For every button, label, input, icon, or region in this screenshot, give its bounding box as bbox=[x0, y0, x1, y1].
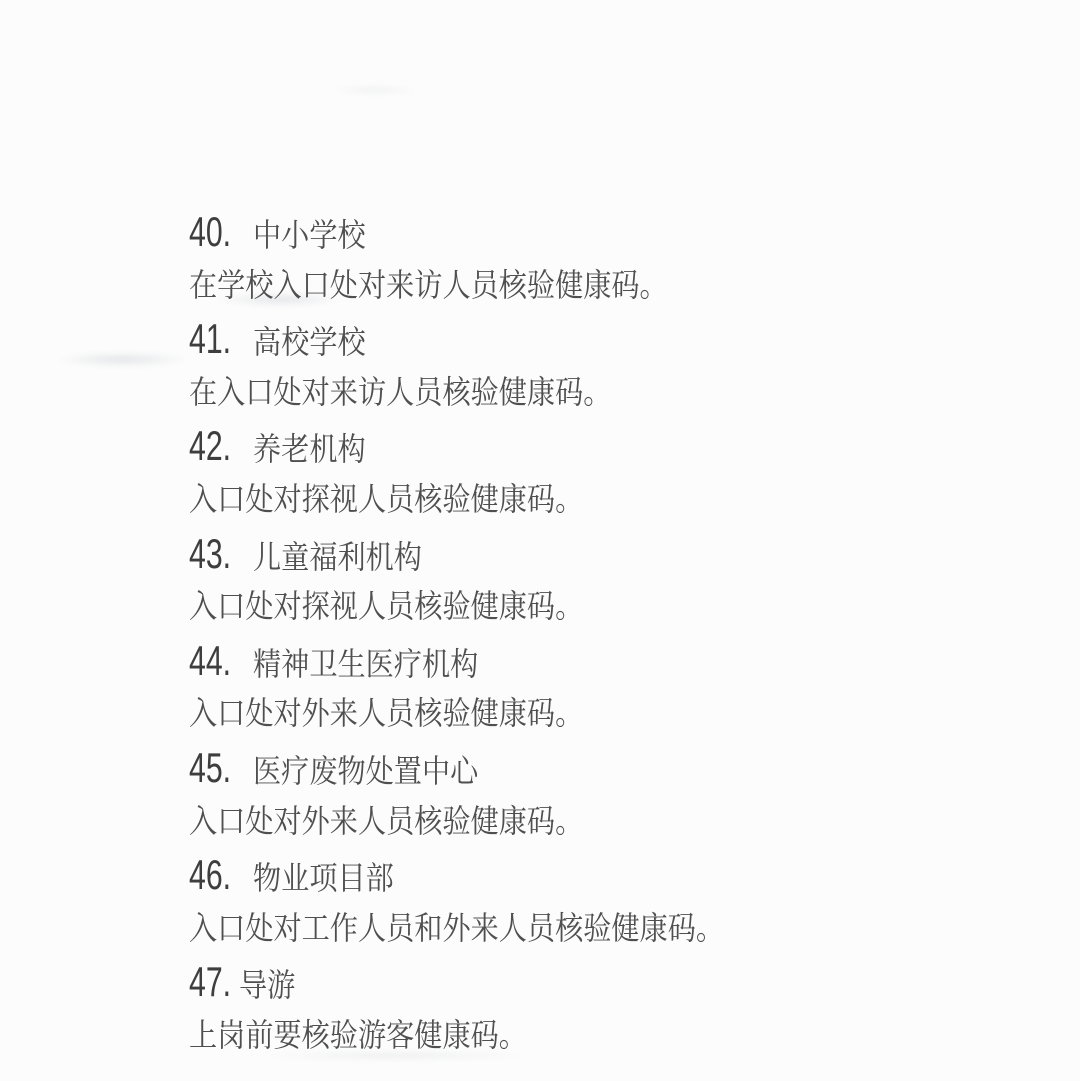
item-42-heading: 42.养老机构 bbox=[189, 419, 797, 473]
item-46-title: 物业项目部 bbox=[253, 852, 394, 906]
item-43-description-row: 入口处对探视人员核验健康码。 bbox=[189, 580, 797, 634]
item-40-title: 中小学校 bbox=[253, 209, 366, 263]
item-42-number: 42. bbox=[189, 419, 235, 473]
item-44-description-row: 入口处对外来人员核验健康码。 bbox=[189, 687, 797, 741]
item-40-heading: 40.中小学校 bbox=[189, 205, 797, 259]
item-41-title: 高校学校 bbox=[253, 316, 366, 370]
item-47-description: 上岗前要核验游客健康码。 bbox=[189, 1009, 527, 1063]
item-45-number: 45. bbox=[189, 741, 235, 795]
item-43-title: 儿童福利机构 bbox=[253, 531, 422, 585]
checklist-content: 40.中小学校 在学校入口处对来访人员核验健康码。 41.高校学校 在入口处对来… bbox=[189, 205, 797, 1063]
item-45-title: 医疗废物处置中心 bbox=[253, 745, 478, 799]
item-42-description-row: 入口处对探视人员核验健康码。 bbox=[189, 473, 797, 527]
item-46-description: 入口处对工作人员和外来人员核验健康码。 bbox=[189, 902, 724, 956]
item-41-heading: 41.高校学校 bbox=[189, 312, 797, 366]
scan-artifact bbox=[330, 85, 420, 95]
item-41-number: 41. bbox=[189, 312, 235, 366]
item-42-title: 养老机构 bbox=[253, 423, 366, 477]
item-42-description: 入口处对探视人员核验健康码。 bbox=[189, 473, 583, 527]
item-46-heading: 46.物业项目部 bbox=[189, 848, 797, 902]
item-45-description: 入口处对外来人员核验健康码。 bbox=[189, 795, 583, 849]
item-41-description-row: 在入口处对来访人员核验健康码。 bbox=[189, 366, 797, 420]
scanned-document-page: 40.中小学校 在学校入口处对来访人员核验健康码。 41.高校学校 在入口处对来… bbox=[0, 0, 1080, 1081]
item-46-description-row: 入口处对工作人员和外来人员核验健康码。 bbox=[189, 902, 797, 956]
item-41-description: 在入口处对来访人员核验健康码。 bbox=[189, 366, 611, 420]
scan-artifact bbox=[55, 352, 190, 367]
item-44-number: 44. bbox=[189, 634, 235, 688]
item-43-heading: 43.儿童福利机构 bbox=[189, 527, 797, 581]
item-47-description-row: 上岗前要核验游客健康码。 bbox=[189, 1009, 797, 1063]
item-47-number: 47. bbox=[189, 955, 225, 1009]
item-40-number: 40. bbox=[189, 205, 235, 259]
item-47-heading: 47.导游 bbox=[189, 955, 797, 1009]
item-45-description-row: 入口处对外来人员核验健康码。 bbox=[189, 795, 797, 849]
item-40-description: 在学校入口处对来访人员核验健康码。 bbox=[189, 259, 668, 313]
item-45-heading: 45.医疗废物处置中心 bbox=[189, 741, 797, 795]
item-44-title: 精神卫生医疗机构 bbox=[253, 638, 478, 692]
item-40-description-row: 在学校入口处对来访人员核验健康码。 bbox=[189, 259, 797, 313]
item-46-number: 46. bbox=[189, 848, 235, 902]
item-44-description: 入口处对外来人员核验健康码。 bbox=[189, 687, 583, 741]
item-43-description: 入口处对探视人员核验健康码。 bbox=[189, 580, 583, 634]
item-44-heading: 44.精神卫生医疗机构 bbox=[189, 634, 797, 688]
item-43-number: 43. bbox=[189, 527, 235, 581]
item-47-title: 导游 bbox=[239, 959, 295, 1013]
